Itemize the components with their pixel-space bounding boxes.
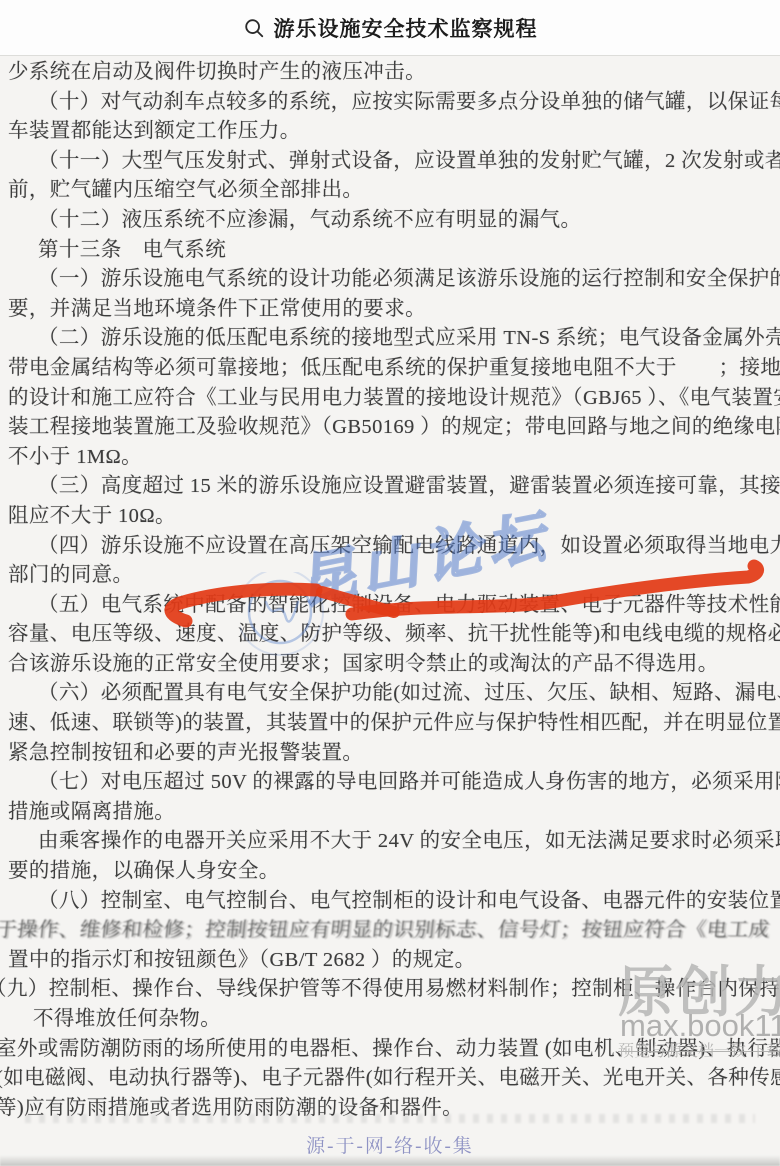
faint-scan-text (25, 1114, 755, 1123)
document-line: （十）对气动刹车点较多的系统，应按实际需要多点分设单独的储气罐，以保证每个刹 (38, 88, 780, 118)
document-line: （十二）液压系统不应渗漏，气动系统不应有明显的漏气。 (38, 206, 780, 236)
document-line: 速、低速、联锁等)的装置，其装置中的保护元件应与保护特性相匹配，并在明显位置设置 (8, 709, 780, 739)
document-line: 车装置都能达到额定工作压力。 (8, 117, 780, 147)
search-bar[interactable]: 游乐设施安全技术监察规程 (0, 0, 780, 56)
document-line: 少系统在启动及阀件切换时产生的液压冲击。 (8, 58, 780, 88)
document-line: 要，并满足当地环境条件下正常使用的要求。 (8, 295, 780, 325)
document-line: 措施或隔离措施。 (8, 798, 780, 828)
document-line: （八）控制室、电气控制台、电气控制柜的设计和电气设备、电器元件的安装位置应便 (38, 887, 780, 917)
document-line: （二）游乐设施的低压配电系统的接地型式应采用 TN-S 系统；电气设备金属外壳及 (38, 324, 780, 354)
document-line: 部门的同意。 (8, 561, 780, 591)
document-line: 由乘客操作的电器开关应采用不大于 24V 的安全电压，如无法满足要求时必须采取必 (38, 827, 780, 857)
document-line: 合该游乐设施的正常安全使用要求；国家明令禁止的或淘汰的产品不得选用。 (8, 650, 780, 680)
document-line: （三）高度超过 15 米的游乐设施应设置避雷装置，避雷装置必须连接可靠，其接地电 (38, 472, 780, 502)
document-line: 于操作、维修和检修；控制按钮应有明显的识别标志、信号灯；按钮应符合《电工成 (0, 917, 780, 945)
document-line: 前，贮气罐内压缩空气必须全部排出。 (8, 176, 780, 206)
document-line: 第十三条 电气系统 (38, 236, 780, 266)
document-line: 不小于 1MΩ。 (8, 443, 780, 473)
page-bottom-edge (0, 1155, 780, 1166)
document-line: （一）游乐设施电气系统的设计功能必须满足该游乐设施的运行控制和安全保护的需 (38, 265, 780, 295)
document-line: 紧急控制按钮和必要的声光报警装置。 (8, 739, 780, 769)
document-line: 阻应不大于 10Ω。 (8, 502, 780, 532)
footer-source-label: 源-于-网-络-收-集 (0, 1131, 780, 1158)
document-line: 要的措施，以确保人身安全。 (8, 857, 780, 887)
document-line: 容量、电压等级、速度、温度、防护等级、频率、抗干扰性能等)和电线电缆的规格必须符 (8, 620, 780, 650)
document-line: (如电磁阀、电动执行器等)、电子元器件(如行程开关、电磁开关、光电开关、各种传感 (0, 1064, 780, 1094)
document-line: 的设计和施工应符合《工业与民用电力装置的接地设计规范》（GBJ65 ）、《电气装… (8, 384, 780, 414)
document-line: （四）游乐设施不应设置在高压架空输配电线路通道内，如设置必须取得当地电力管理 (38, 532, 780, 562)
document-line: （五）电气系统中配备的智能化控制设备、电力驱动装置、电子元器件等技术性能(如 (38, 591, 780, 621)
document-line: （十一）大型气压发射式、弹射式设备，应设置单独的发射贮气罐，2 次发射或者弹射 (38, 147, 780, 177)
document-line: （七）对电压超过 50V 的裸露的导电回路并可能造成人身伤害的地方，必须采用防护 (38, 768, 780, 798)
search-icon (243, 17, 265, 39)
page-title: 游乐设施安全技术监察规程 (274, 13, 538, 43)
site-tagline-watermark: 预览与源文档一致 下载 (618, 1038, 780, 1061)
document-line: 装工程接地装置施工及验收规范》（GB50169 ）的规定；带电回路与地之间的绝缘… (8, 413, 780, 443)
document-line: （六）必须配置具有电气安全保护功能(如过流、过压、欠压、缺相、短路、漏电、超 (38, 679, 780, 709)
document-line: 带电金属结构等必须可靠接地；低压配电系统的保护重复接地电阻不大于 ；接地装置 (8, 354, 780, 384)
